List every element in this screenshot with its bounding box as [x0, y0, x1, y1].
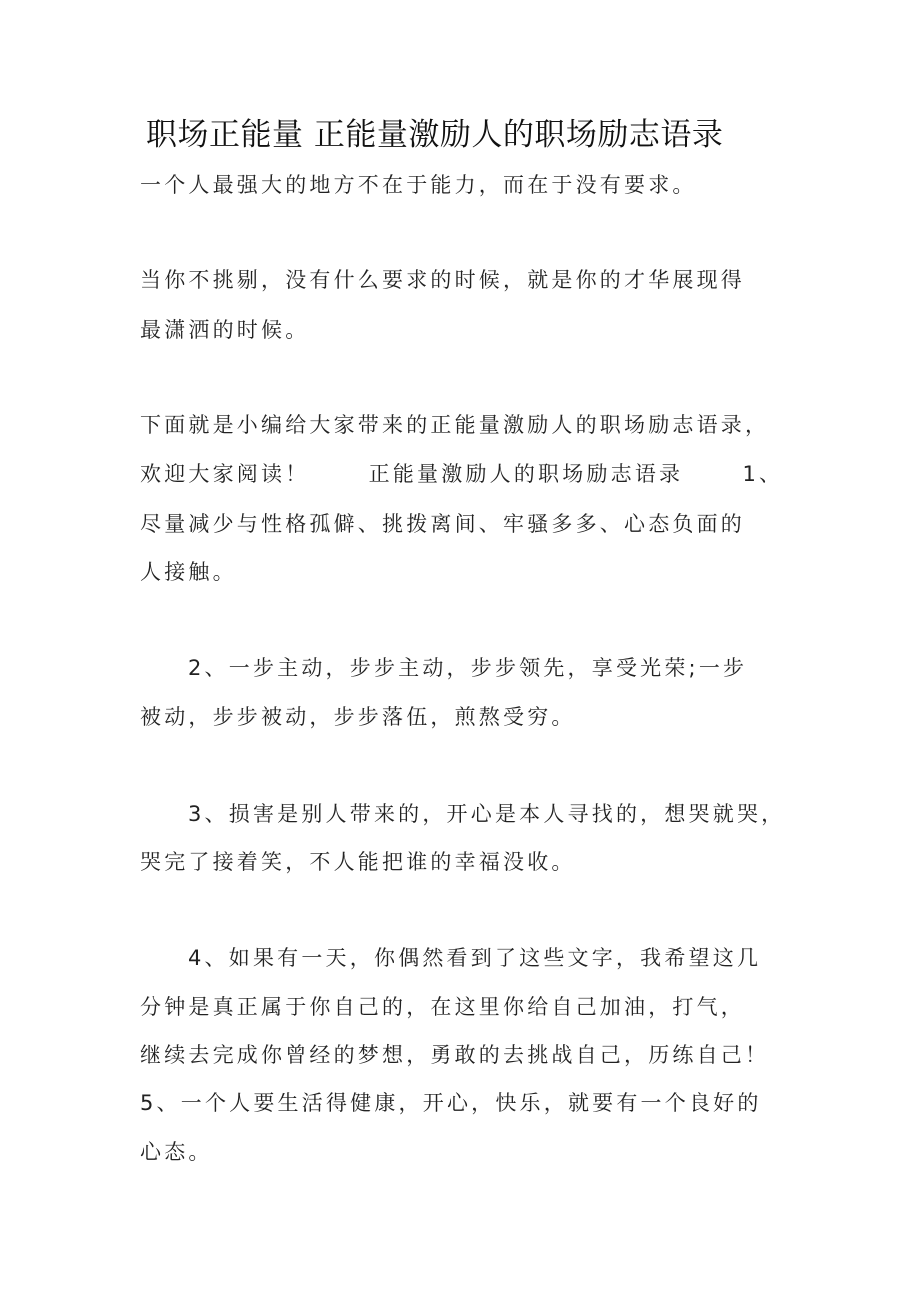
paragraph-line: 下面就是小编给大家带来的正能量激励人的职场励志语录， [140, 410, 769, 440]
quote-item-2: 2、一步主动，步步主动，步步领先，享受光荣;一步 [188, 653, 747, 683]
quote-item-5: 5、一个人要生活得健康，开心，快乐，就要有一个良好的 [140, 1088, 762, 1118]
paragraph-line: 人接触。 [140, 557, 237, 587]
paragraph-line: 分钟是真正属于你自己的，在这里你给自己加油，打气， [140, 992, 745, 1022]
quote-item-4: 4、如果有一天，你偶然看到了这些文字，我希望这几 [188, 943, 761, 973]
paragraph-line: 欢迎大家阅读！ 正能量激励人的职场励志语录 1、 [140, 459, 783, 489]
paragraph-line: 继续去完成你曾经的梦想，勇敢的去挑战自己，历练自己！ [140, 1040, 769, 1070]
paragraph-line: 最潇洒的时候。 [140, 315, 309, 345]
paragraph-line: 心态。 [140, 1137, 213, 1167]
paragraph-line: 被动，步步被动，步步落伍，煎熬受穷。 [140, 702, 576, 732]
document-title: 职场正能量 正能量激励人的职场励志语录 [146, 113, 846, 157]
document-page: 职场正能量 正能量激励人的职场励志语录 一个人最强大的地方不在于能力，而在于没有… [0, 0, 920, 1302]
paragraph-line: 当你不挑剔，没有什么要求的时候，就是你的才华展现得 [140, 265, 745, 295]
paragraph-line: 一个人最强大的地方不在于能力，而在于没有要求。 [140, 170, 697, 200]
paragraph-line: 哭完了接着笑，不人能把谁的幸福没收。 [140, 847, 576, 877]
paragraph-line: 尽量减少与性格孤僻、挑拨离间、牢骚多多、心态负面的 [140, 509, 745, 539]
quote-item-3: 3、损害是别人带来的，开心是本人寻找的，想哭就哭， [188, 799, 785, 829]
